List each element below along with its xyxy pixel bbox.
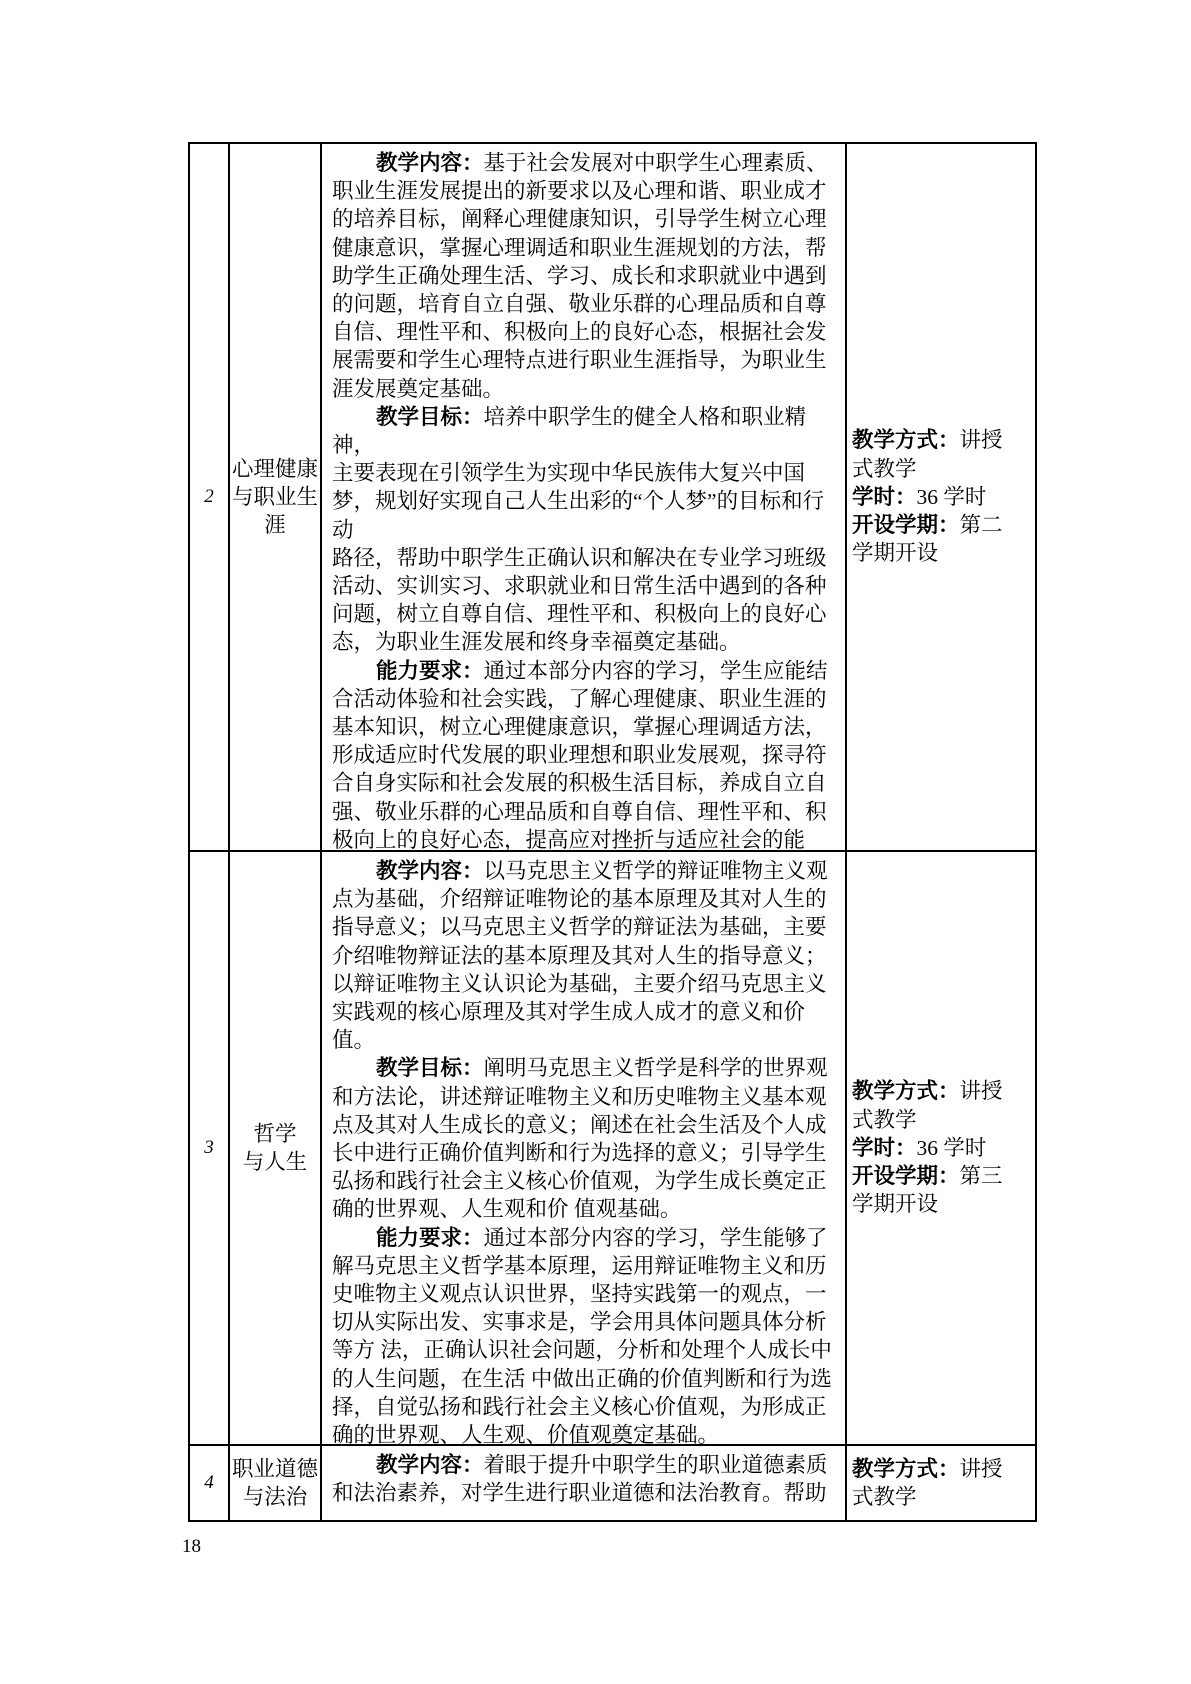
paragraph-text: 通过本部分内容的学习，学生应能结 合活动体验和社会实践，了解心理健康、职业生涯的… [332,659,828,850]
method-label: 开设学期： [852,1164,960,1188]
course-description-cell: 教学内容：以马克思主义哲学的辩证唯物主义观 点为基础，介绍辩证唯物论的基本原理及… [322,852,847,1444]
course-table: 2 心理健康 与职业生 涯 教学内容：基于社会发展对中职学生心理素质、 职业生涯… [188,142,1037,1522]
teaching-method: 教学方式：讲授 式教学 [852,1077,1035,1133]
paragraph-label: 教学目标： [376,405,484,429]
paragraph-label: 教学内容： [376,1453,484,1477]
paragraph-text: 以马克思主义哲学的辩证唯物主义观 点为基础，介绍辩证唯物论的基本原理及其对人生的… [332,859,828,1052]
class-hours: 学时：36 学时 [852,1134,1035,1162]
course-name: 职业道德 与法治 [230,1446,322,1520]
method-text: 36 学时 [917,1136,987,1160]
method-label: 教学方式： [852,1457,960,1481]
teaching-method-cell: 教学方式：讲授 式教学 学时：36 学时 开设学期：第三 学期开设 [847,852,1037,1444]
table-row: 3 哲学 与人生 教学内容：以马克思主义哲学的辩证唯物主义观 点为基础，介绍辩证… [190,852,1035,1446]
paragraph-text: 阐明马克思主义哲学是科学的世界观 和方法论，讲述辩证唯物主义和历史唯物主义基本观… [332,1056,828,1221]
table-row: 4 职业道德 与法治 教学内容：着眼于提升中职学生的职业道德素质 和法治素养，对… [190,1446,1035,1520]
paragraph-label: 能力要求： [376,659,484,683]
method-label: 开设学期： [852,513,960,537]
ability-requirement-paragraph: 能力要求：通过本部分内容的学习，学生应能结 合活动体验和社会实践，了解心理健康、… [332,657,842,850]
method-text: 36 学时 [917,485,987,509]
paragraph-label: 教学内容： [376,859,484,883]
method-label: 学时： [852,1136,917,1160]
paragraph-text: 通过本部分内容的学习，学生能够了 解马克思主义哲学基本原理，运用辩证唯物主义和历… [332,1226,832,1444]
course-description-cell: 教学内容：着眼于提升中职学生的职业道德素质 和法治素养，对学生进行职业道德和法治… [322,1446,847,1520]
method-label: 学时： [852,485,917,509]
page-number: 18 [182,1536,201,1558]
teaching-goal-paragraph: 教学目标：阐明马克思主义哲学是科学的世界观 和方法论，讲述辩证唯物主义和历史唯物… [332,1054,842,1223]
method-label: 教学方式： [852,1079,960,1103]
row-number: 3 [190,852,230,1444]
teaching-method-cell: 教学方式：讲授 式教学 [847,1446,1037,1520]
course-name: 哲学 与人生 [230,852,322,1444]
semester: 开设学期：第三 学期开设 [852,1162,1035,1218]
table-row: 2 心理健康 与职业生 涯 教学内容：基于社会发展对中职学生心理素质、 职业生涯… [190,144,1035,852]
paragraph-label: 能力要求： [376,1226,484,1250]
document-page: 2 心理健康 与职业生 涯 教学内容：基于社会发展对中职学生心理素质、 职业生涯… [0,0,1191,1684]
paragraph-label: 教学内容： [376,151,484,175]
paragraph-text: 培养中职学生的健全人格和职业精神， 主要表现在引领学生为实现中华民族伟大复兴中国… [332,405,827,655]
semester: 开设学期：第二 学期开设 [852,511,1035,567]
ability-requirement-paragraph: 能力要求：通过本部分内容的学习，学生能够了 解马克思主义哲学基本原理，运用辩证唯… [332,1224,842,1444]
row-number: 4 [190,1446,230,1520]
teaching-goal-paragraph: 教学目标：培养中职学生的健全人格和职业精神， 主要表现在引领学生为实现中华民族伟… [332,403,842,657]
teaching-method: 教学方式：讲授 式教学 [852,1455,1035,1511]
paragraph-label: 教学目标： [376,1056,484,1080]
teaching-content-paragraph: 教学内容：以马克思主义哲学的辩证唯物主义观 点为基础，介绍辩证唯物论的基本原理及… [332,857,842,1054]
row-number: 2 [190,144,230,850]
teaching-method: 教学方式：讲授 式教学 [852,426,1035,482]
method-label: 教学方式： [852,428,960,452]
course-description-cell: 教学内容：基于社会发展对中职学生心理素质、 职业生涯发展提出的新要求以及心理和谐… [322,144,847,850]
class-hours: 学时：36 学时 [852,483,1035,511]
course-name: 心理健康 与职业生 涯 [230,144,322,850]
teaching-content-paragraph: 教学内容：基于社会发展对中职学生心理素质、 职业生涯发展提出的新要求以及心理和谐… [332,149,842,403]
paragraph-text: 基于社会发展对中职学生心理素质、 职业生涯发展提出的新要求以及心理和谐、职业成才… [332,151,828,401]
teaching-method-cell: 教学方式：讲授 式教学 学时：36 学时 开设学期：第二 学期开设 [847,144,1037,850]
teaching-content-paragraph: 教学内容：着眼于提升中职学生的职业道德素质 和法治素养，对学生进行职业道德和法治… [332,1451,842,1507]
